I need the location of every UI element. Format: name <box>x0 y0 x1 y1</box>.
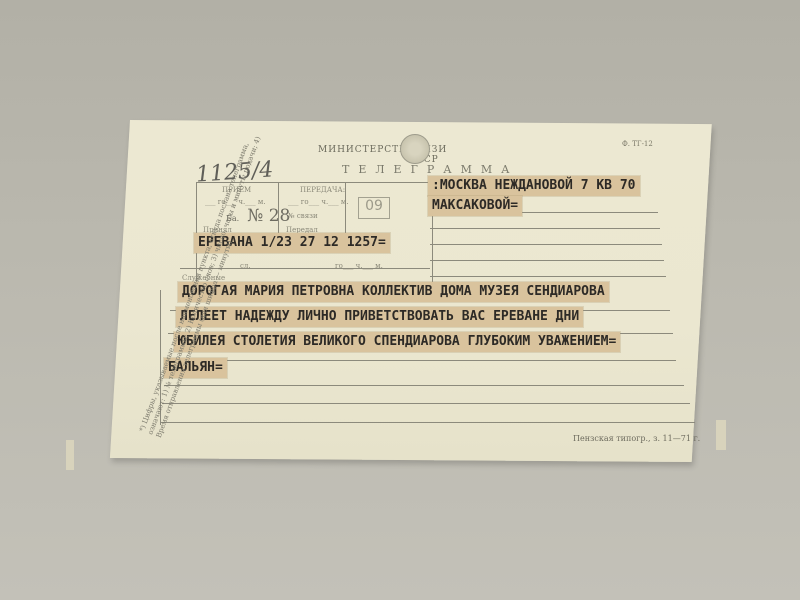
message-tape-3: ЮБИЛЕЯ СТОЛЕТИЯ ВЕЛИКОГО СПЕНДИАРОВА ГЛУ… <box>174 332 620 352</box>
address-line <box>430 244 662 245</box>
printer-note: Пензская типогр., з. 11—71 г. <box>573 434 700 443</box>
address-line <box>430 228 660 229</box>
message-tape-1: ДОРОГАЯ МАРИЯ ПЕТРОВНА КОЛЛЕКТИВ ДОМА МУ… <box>178 282 609 302</box>
telegram-sheet: Ф. ТГ-12 МИНИСТЕРСТВО СВЯЗИ СССР ТЕЛЕГРА… <box>0 0 800 600</box>
address-tape-1: :МОСКВА НЕЖДАНОВОЙ 7 КВ 70 <box>428 176 640 196</box>
link-label: № связи <box>288 212 318 220</box>
message-line <box>160 422 695 423</box>
transmission-label: ПЕРЕДАЧА: <box>300 186 345 194</box>
torn-edge-left <box>66 440 74 470</box>
message-line <box>166 360 676 361</box>
message-tape-2: ЛЕЛЕЕТ НАДЕЖДУ ЛИЧНО ПРИВЕТСТВОВАТЬ ВАС … <box>176 307 583 327</box>
stamp-box: 09 <box>358 197 390 219</box>
message-line <box>164 385 684 386</box>
form-code: Ф. ТГ-12 <box>622 140 653 148</box>
document-title: ТЕЛЕГРАММА <box>342 163 518 176</box>
torn-edge-right <box>716 420 726 450</box>
number-value: № 28 <box>247 206 290 226</box>
address-line <box>430 260 664 261</box>
ussr-coat-of-arms-icon <box>400 134 430 164</box>
transmission-time-fields: ___ го___ ч.___ м. <box>288 198 349 206</box>
address-line <box>430 276 666 277</box>
address-tape-2: МАКСАКОВОЙ= <box>428 196 522 216</box>
message-line <box>162 403 690 404</box>
